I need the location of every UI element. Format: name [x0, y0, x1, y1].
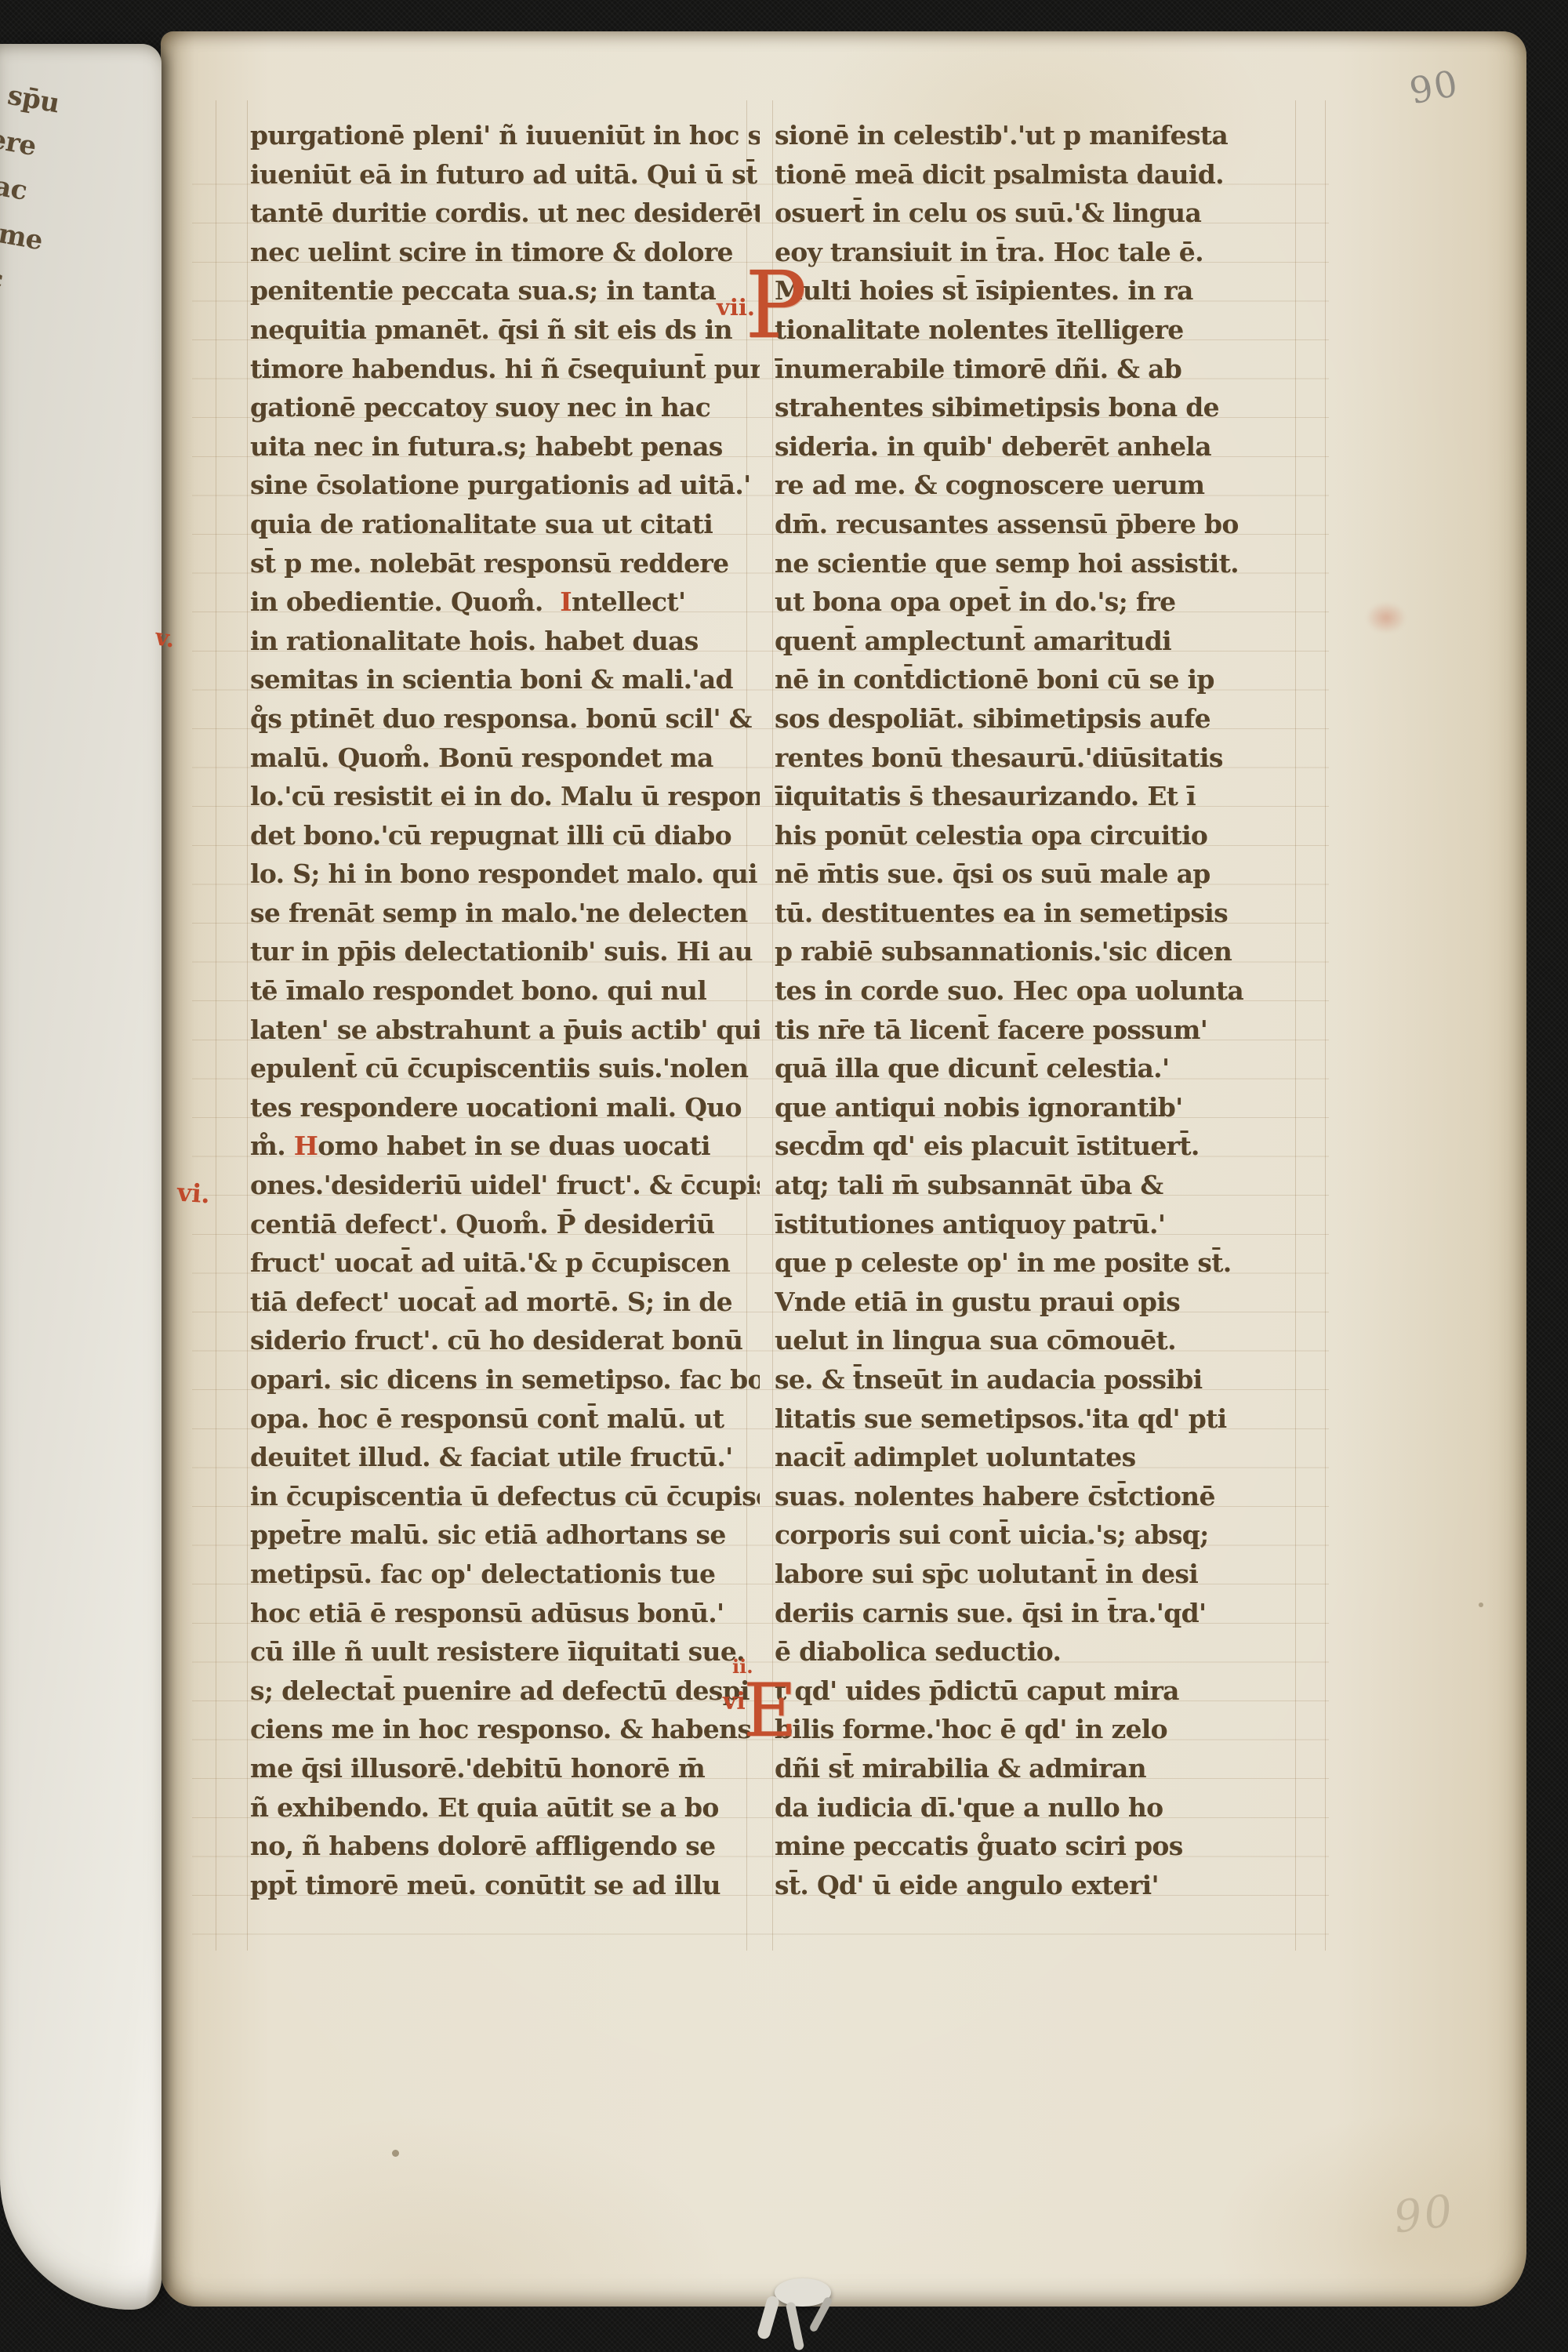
- manuscript-line: que antiqui nobis ignorantib': [775, 1088, 1301, 1127]
- manuscript-line: deriis carnis sue. q̄si in t̄ra.'qd': [775, 1594, 1301, 1633]
- manuscript-line: st̄. Qd' ū eide angulo exteri': [775, 1866, 1301, 1905]
- manuscript-line: deuitet illud. & faciat utile fructū.': [250, 1438, 760, 1477]
- manuscript-line: hoc etiā ē responsū adūsus bonū.': [250, 1594, 760, 1633]
- rubric-initial-inline: H: [294, 1131, 318, 1161]
- ink-speck: [1087, 1540, 1091, 1544]
- manuscript-line: uelut in lingua sua cōmouēt.: [775, 1321, 1301, 1360]
- manuscript-line: ones.'desideriū uidel' fruct'. & c̄cupis: [250, 1166, 760, 1205]
- manuscript-line: s; delectat̄ puenire ad defectū despi: [250, 1671, 760, 1711]
- text-column-right: sionē in celestib'.'ut p manifestationē …: [775, 116, 1301, 1904]
- manuscript-line: re ad me. & cognoscere uerum: [775, 466, 1301, 505]
- bookmark-thread-strand: [786, 2301, 805, 2350]
- ink-speck: [1479, 1602, 1483, 1607]
- manuscript-line: nequitia pmanēt. q̄si ñ sit eis ds in: [250, 310, 760, 350]
- manuscript-line: mine peccatis g̊uato sciri pos: [775, 1827, 1301, 1866]
- photo-background: purgationē pleni' ñ iuueniūt in hoc sclo…: [0, 0, 1568, 2352]
- manuscript-line: epulent̄ cū c̄cupiscentiis suis.'nolen: [250, 1049, 760, 1088]
- manuscript-line: nacit̄ adimplet uoluntates: [775, 1438, 1301, 1477]
- manuscript-line: in obedientie. Quom̊. Intellect': [250, 583, 760, 622]
- rubric-initial-inline: I: [560, 586, 572, 617]
- manuscript-line: que p celeste op' in me posite st̄.: [775, 1243, 1301, 1283]
- ruling-line-vertical: [1325, 100, 1326, 1951]
- manuscript-line: strahentes sibimetipsis bona de: [775, 388, 1301, 427]
- manuscript-line: cū ille ñ uult resistere īiquitati sue.: [250, 1632, 760, 1671]
- manuscript-line: laten' se abstrahunt a p̄uis actib' quin: [250, 1011, 760, 1050]
- manuscript-line: tionalitate nolentes ītelligere: [775, 310, 1301, 350]
- rubric-initial-E: E: [743, 1679, 797, 1744]
- manuscript-line: ñ exhibendo. Et quia aūtit se a bo: [250, 1788, 760, 1828]
- manuscript-line: iueniūt eā in futuro ad uitā. Qui ū st̄: [250, 155, 760, 194]
- manuscript-line: timore habendus. hi ñ c̄sequiunt̄ pur: [250, 350, 760, 389]
- manuscript-line: tes respondere uocationi mali. Quo: [250, 1088, 760, 1127]
- manuscript-line: det bono.'cū repugnat illi cū diabo: [250, 816, 760, 855]
- manuscript-line: siderio fruct'. cū ho desiderat bonū: [250, 1321, 760, 1360]
- manuscript-line: tis nr̄e tā licent̄ facere possum': [775, 1011, 1301, 1050]
- manuscript-line: eoy transiuit in t̄ra. Hoc tale ē.: [775, 233, 1301, 272]
- rubric-chapter-v: v.: [154, 626, 176, 652]
- manuscript-line: quā illa que dicunt̄ celestia.': [775, 1049, 1301, 1088]
- manuscript-line: ppet̄re malū. sic etiā adhortans se: [250, 1515, 760, 1555]
- manuscript-line: tionē meā dicit psalmista dauid.: [775, 155, 1301, 194]
- manuscript-line: tiā defect' uocat̄ ad mortē. S; in de: [250, 1283, 760, 1322]
- manuscript-line: sine c̄solatione purgationis ad uitā.': [250, 466, 760, 505]
- manuscript-line: ciens me in hoc responso. & habens: [250, 1710, 760, 1749]
- manuscript-line: st̄ p me. nolebāt responsū reddere: [250, 544, 760, 583]
- manuscript-line: his ponūt celestia opa circuitio: [775, 816, 1301, 855]
- rubric-chapter-vi-left: vi.: [176, 1180, 211, 1207]
- manuscript-line: uita nec in futura.s; habebt penas: [250, 427, 760, 466]
- manuscript-line: penitentie peccata sua.s; in tanta: [250, 271, 760, 310]
- manuscript-line: quent̄ amplectunt̄ amaritudi: [775, 622, 1301, 661]
- manuscript-line: dñi st̄ mirabilia & admiran: [775, 1749, 1301, 1788]
- manuscript-line: purgationē pleni' ñ iuueniūt in hoc sclo…: [250, 116, 760, 155]
- manuscript-line: ē diabolica seductio.: [775, 1632, 1301, 1671]
- manuscript-line: Multi hoies st̄ īsipientes. in ra: [775, 271, 1301, 310]
- manuscript-line: litatis sue semetipsos.'ita qd' pti: [775, 1399, 1301, 1439]
- manuscript-line: m̊. Homo habet in se duas uocati: [250, 1127, 760, 1166]
- manuscript-line: sos despoliāt. sibimetipsis aufe: [775, 699, 1301, 739]
- text-column-left: purgationē pleni' ñ iuueniūt in hoc sclo…: [250, 116, 760, 1904]
- manuscript-line: in rationalitate hois. habet duas: [250, 622, 760, 661]
- manuscript-line: ppt̄ timorē meū. conūtit se ad illu: [250, 1866, 760, 1905]
- manuscript-line: opari. sic dicens in semetipso. fac bona: [250, 1360, 760, 1399]
- previous-page-text: lud cognoscens in sp̄uaā ignorans ab one…: [0, 44, 162, 2197]
- manuscript-line: labore sui sp̄c uolutant̄ in desi: [775, 1555, 1301, 1594]
- manuscript-line: tē īmalo respondet bono. qui nul: [250, 971, 760, 1011]
- previous-page-edge: lud cognoscens in sp̄uaā ignorans ab one…: [0, 44, 162, 2310]
- manuscript-line: no, ñ habens dolorē affligendo se: [250, 1827, 760, 1866]
- manuscript-line: tur in pp̄is delectationib' suis. Hi au: [250, 932, 760, 971]
- manuscript-line: fruct' uocat̄ ad uitā.'& p c̄cupiscen: [250, 1243, 760, 1283]
- manuscript-line: īiquitatis s̄ thesaurizando. Et ī: [775, 777, 1301, 816]
- manuscript-line: īnumerabile timorē dñi. & ab: [775, 350, 1301, 389]
- manuscript-line: secd̄m qd' eis placuit īstituert̄.: [775, 1127, 1301, 1166]
- manuscript-line: centiā defect'. Quom̊. P̄ desideriū: [250, 1205, 760, 1244]
- manuscript-line: tantē duritie cordis. ut nec desiderēt: [250, 194, 760, 233]
- manuscript-line: dm̄. recusantes assensū p̄bere bo: [775, 505, 1301, 544]
- manuscript-line: metipsū. fac op' delectationis tue: [250, 1555, 760, 1594]
- manuscript-line: semitas in scientia boni & mali.'ad: [250, 660, 760, 699]
- manuscript-line: nē m̄tis sue. q̄si os suū male ap: [775, 855, 1301, 894]
- manuscript-line: se frenāt semp in malo.'ne delecten: [250, 894, 760, 933]
- manuscript-line: sionē in celestib'.'ut p manifesta: [775, 116, 1301, 155]
- manuscript-line: t qd' uides p̄dictū caput mira: [775, 1671, 1301, 1711]
- manuscript-line: opa. hoc ē responsū cont̄ malū. ut: [250, 1399, 760, 1439]
- manuscript-line: me q̄si illusorē.'debitū honorē m̄: [250, 1749, 760, 1788]
- manuscript-line: ne scientie que semp hoi assistit.: [775, 544, 1301, 583]
- manuscript-line: Vnde etiā in gustu praui opis: [775, 1283, 1301, 1322]
- manuscript-line: p rabiē subsannationis.'sic dicen: [775, 932, 1301, 971]
- manuscript-page: purgationē pleni' ñ iuueniūt in hoc sclo…: [161, 31, 1526, 2307]
- manuscript-line: lo.'cū resistit ei in do. Malu ū respon: [250, 777, 760, 816]
- manuscript-line: gationē peccatoy suoy nec in hac: [250, 388, 760, 427]
- manuscript-line: ut bona opa opet̄ in do.'s; fre: [775, 583, 1301, 622]
- rubric-chapter-vi-right: vi: [723, 1690, 746, 1714]
- manuscript-line: īstitutiones antiquoy patrū.': [775, 1205, 1301, 1244]
- manuscript-line: corporis sui cont̄ uicia.'s; absq;: [775, 1515, 1301, 1555]
- manuscript-line: osuert̄ in celu os suū.'& lingua: [775, 194, 1301, 233]
- folio-number-faint: 90: [1391, 2186, 1457, 2244]
- ink-speck: [392, 2150, 399, 2157]
- manuscript-line: q̊s ptinēt duo responsa. bonū scil' &: [250, 699, 760, 739]
- manuscript-line: sideria. in quib' deberēt anhela: [775, 427, 1301, 466]
- manuscript-line: nec uelint scire in timore & dolore: [250, 233, 760, 272]
- manuscript-line: lo. S; hi in bono respondet malo. qui: [250, 855, 760, 894]
- manuscript-line: rentes bonū thesaurū.'diūsitatis: [775, 739, 1301, 778]
- manuscript-line: se. & t̄nseūt in audacia possibi: [775, 1360, 1301, 1399]
- manuscript-line: in c̄cupiscentia ū defectus cū c̄cupisci…: [250, 1477, 760, 1516]
- manuscript-line: nē in cont̄dictionē boni cū se ip: [775, 660, 1301, 699]
- ruling-line-vertical: [247, 100, 248, 1951]
- manuscript-line: tū. destituentes ea in semetipsis: [775, 894, 1301, 933]
- ruling-line-vertical: [216, 100, 216, 1951]
- manuscript-line: quia de rationalitate sua ut citati: [250, 505, 760, 544]
- manuscript-line: atq; tali m̄ subsannāt ūba &: [775, 1166, 1301, 1205]
- manuscript-line: suas. nolentes habere c̄st̄ctionē: [775, 1477, 1301, 1516]
- rubric-initial-P: P: [745, 265, 807, 347]
- manuscript-line: tes in corde suo. Hec opa uolunta: [775, 971, 1301, 1011]
- manuscript-line: malū. Quom̊. Bonū respondet ma: [250, 739, 760, 778]
- manuscript-line: bilis forme.'hoc ē qd' in zelo: [775, 1710, 1301, 1749]
- red-offset-smudge: [1366, 602, 1406, 633]
- manuscript-line: da iudicia dī.'que a nullo ho: [775, 1788, 1301, 1828]
